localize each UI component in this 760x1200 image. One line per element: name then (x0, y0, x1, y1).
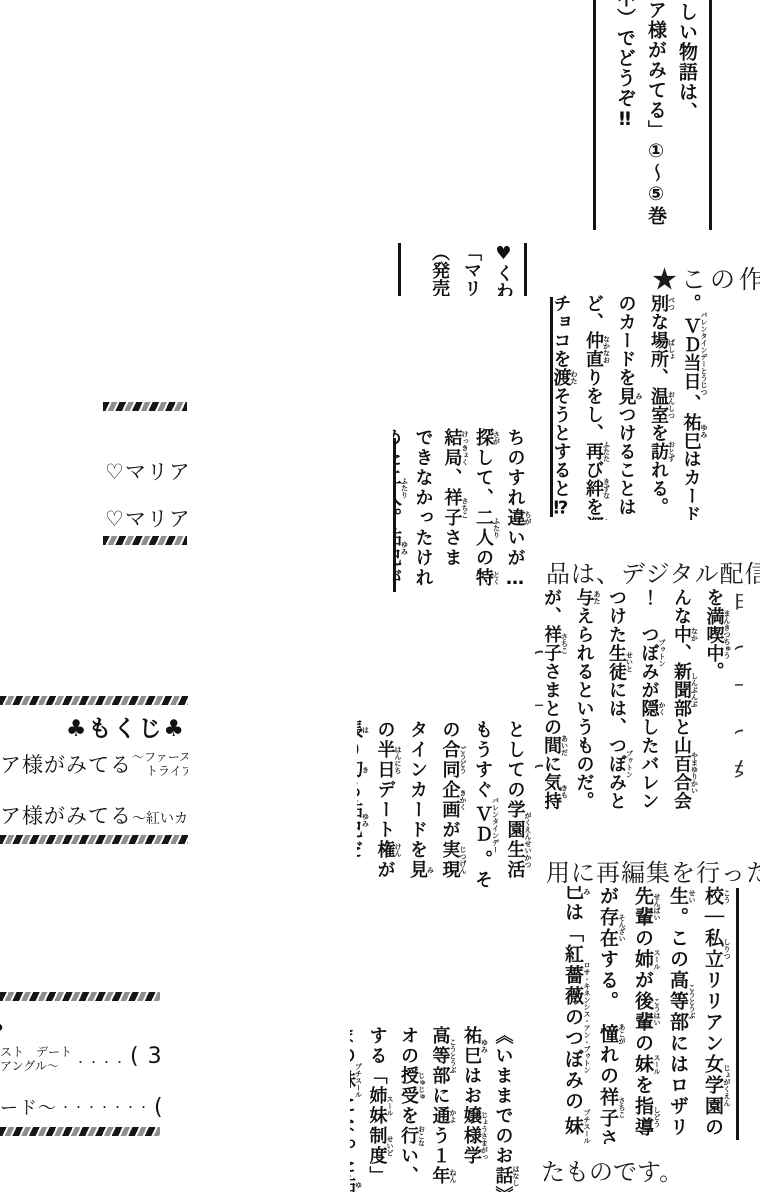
text-column: 校こう｜私立しりつリリアン女学園じょがくえんの (696, 886, 731, 1144)
leader-dots: ・・・・ (72, 1048, 130, 1070)
subtitle-line: アングル〜 (0, 1059, 59, 1073)
toc-entry-subtitle: 〜紅いカード〜 (132, 808, 188, 830)
story-text: としての学園生活がくえんせいかつもうすぐＶＤバレンタインデー。その合同ごうどう企… (357, 720, 532, 900)
toc-entry-pages: ード〜 ・・・・・・・ (153) (0, 1094, 162, 1120)
toc-entry-subtitle: ード〜 (0, 1094, 57, 1120)
decorative-chain-line (103, 402, 187, 411)
subtitle-line: スト デート (0, 1045, 72, 1059)
toc-entry: ア様がみてる 〜ファースト デート トライアングル〜 (0, 749, 188, 779)
toc-entry-subtitle: スト デート アングル〜 (0, 1044, 72, 1073)
story-text: 。ＶＤ当日バレンタインデーとうじつ、祐巳ゆみはカードを別べつな場所ばしょ、温室お… (550, 294, 708, 520)
box-border-right (709, 0, 712, 230)
text-column: 。ＶＤ当日バレンタインデーとうじつ、祐巳ゆみはカードを (676, 294, 709, 520)
text-column: しい物語は、 (671, 2, 702, 231)
story-block-c: を満喫中まんきつちゅう。んな中なか、新聞部しんぶんぶと山百合会やまゆりかい！ つ… (545, 588, 735, 810)
story-block-e: 校こう｜私立しりつリリアン女学園じょがくえんの生せい。この高等部こうとうぶにはロ… (545, 886, 739, 1144)
disclaimer-fragment-4: たものです。 (541, 1152, 683, 1187)
text-column: としての学園生活がくえんせいかつ (500, 720, 533, 900)
text-column: タインカードを見み (402, 720, 435, 900)
decorative-chain-line (0, 992, 160, 1001)
story-block-b: ちのすれ違ちがいが…探さがして、二人ふたりの特とく結局けっきょく、祥子さちこさま… (393, 428, 534, 592)
story-block-d: としての学園生活がくえんせいかつもうすぐＶＤバレンタインデー。その合同ごうどう企… (357, 720, 534, 900)
text-column: もうすぐＶＤバレンタインデー。そ (467, 720, 500, 900)
ad-box-fragment-left: ♥くわしい「マリア（発売中 (398, 243, 527, 296)
ad-box-fragment-right: しい物語は、ア様がみてる」①〜⑤巻中）でどうぞ‼ (593, 0, 712, 231)
text-column: ！ つぼみブゥトンが隠かくしたバレン (634, 588, 667, 810)
decorative-chain-line (103, 536, 187, 545)
text-column: できなかったけれ (409, 428, 438, 592)
toc-fragment-bottom: ♣ スト デート アングル〜 ・・・・ ( 3 ) ード〜 ・・・・・・・ (1… (0, 990, 162, 1138)
text-column: 巳みは「紅薔薇のつぼみロサ・キネンシス・アン・ブゥトンの妹プチスール (556, 886, 591, 1144)
decorative-chain-line (0, 696, 188, 705)
text-column: ど、仲直なかなおりをし、再ふたたび絆きずなを深ふか (578, 294, 611, 520)
story-text: を満喫中まんきつちゅう。んな中なか、新聞部しんぶんぶと山百合会やまゆりかい！ つ… (545, 588, 731, 810)
text-column: 中）でどうぞ‼ (609, 0, 640, 231)
text-column: （｜（ (535, 640, 543, 860)
disclaimer-fragment-2: 品は、デジタル配信 (546, 554, 760, 589)
text-column: 日（｜（女 (735, 592, 743, 860)
text-column: オの授受じゅじゅを行おこない、 (394, 1026, 426, 1192)
subtitle-line: トライアングル〜 (132, 764, 188, 778)
toc-entry-subtitle: 〜ファースト デート トライアングル〜 (132, 749, 188, 778)
disclaimer-fragment-3: 用に再編集を行った (546, 853, 760, 888)
toc-title: ♣もくじ♣ (66, 710, 186, 743)
decorative-chain-line (0, 835, 188, 844)
clipped-text: （｜（ (535, 640, 543, 860)
page-number: (153) (154, 1095, 162, 1120)
text-column: 探さがして、二人ふたりの特とく (469, 428, 501, 592)
text-column: ちのすれ違ちがいが… (501, 428, 533, 592)
text-column: 張はり切きる祐巳ゆみだ (357, 720, 370, 900)
text-column: する「姉妹スール制度せいど」 (363, 1026, 395, 1192)
text-column: ♥くわしい (487, 243, 519, 296)
text-column: 生せい。この高等部こうとうぶにはロザリ (661, 886, 696, 1144)
club-icon: ♣ (0, 1014, 7, 1039)
text-column: つけた生徒せいとには、つぼみブゥトンと (601, 588, 634, 810)
leader-dots: ・・・・・・・ (57, 1099, 154, 1115)
ad-box-text: しい物語は、ア様がみてる」①〜⑤巻中）でどうぞ‼ (609, 0, 702, 231)
page-number: ( 3 ) (130, 1044, 162, 1069)
text-column: の半日はんにちデート権けんが (370, 720, 403, 900)
text-column: が、祥子さちこさまとの間あいだに気持きも (545, 588, 569, 810)
text-column: が存在そんざいする。 憧あこがれの祥子さちこさ (591, 886, 626, 1144)
manga-toc-page: { "page":{"background":"#ffffff","ink":"… (0, 0, 760, 1200)
text-column: めた二人ふたり。祐巳ゆみが (393, 428, 409, 592)
toc-fragment-left: ♡マリア ♡マリア (103, 400, 187, 547)
text-column: まの妹プチスールになった祐ゆ (350, 1026, 363, 1192)
toc-entry-title: ア様がみてる (0, 800, 132, 830)
column-rule (736, 888, 739, 1140)
clipped-text: 日（｜（女 (735, 592, 743, 860)
text-column: 別べつな場所ばしょ、温室おんしつを訪おとずれる。 (643, 294, 676, 520)
story-block-f: 《いままでのお話はなし》祐巳ゆみはお嬢様学じょうさまがっ高等部こうとうぶに通かよ… (350, 1026, 522, 1192)
text-column: ア様がみてる」①〜⑤巻 (640, 0, 671, 231)
story-block-a: 。ＶＤ当日バレンタインデーとうじつ、祐巳ゆみはカードを別べつな場所ばしょ、温室お… (550, 294, 710, 520)
text-column: の合同ごうどう企画きかくが実現じつげん (435, 720, 468, 900)
ad-box-text: ♥くわしい「マリア（発売中 (423, 243, 519, 296)
text-column: 与あたえられるというものだ。 (569, 588, 602, 810)
clipped-column-sliver: 日（｜（女 (735, 592, 743, 860)
text-column: 「マリア (455, 243, 487, 296)
text-column: 《いままでのお話はなし》 (489, 1026, 521, 1192)
toc-entry-title-start: ♡マリア (105, 503, 187, 533)
box-border-left (593, 0, 596, 230)
subtitle-line: 〜ファースト デート (132, 750, 188, 764)
toc-entry: ア様がみてる 〜紅いカード〜 (0, 800, 188, 830)
text-column: を満喫中まんきつちゅう。 (699, 588, 732, 810)
text-column: んな中なか、新聞部しんぶんぶと山百合会やまゆりかい (666, 588, 699, 810)
toc-entry-title-start: ♡マリア (105, 456, 187, 486)
decorative-chain-line (0, 1127, 160, 1136)
toc-entry-title: ア様がみてる (0, 749, 132, 779)
clipped-column-sliver: （｜（ (535, 640, 543, 860)
box-border-right (524, 243, 527, 296)
text-column: 祐巳ゆみはお嬢様学じょうさまがっ (457, 1026, 489, 1192)
text-column: チョコを渡わたそうとすると⁉ (550, 294, 578, 520)
box-border-left (398, 243, 401, 296)
text-column: 高等部こうとうぶに通かよう１年ねん (426, 1026, 458, 1192)
story-text: 校こう｜私立しりつリリアン女学園じょがくえんの生せい。この高等部こうとうぶにはロ… (556, 886, 731, 1144)
story-text: 《いままでのお話はなし》祐巳ゆみはお嬢様学じょうさまがっ高等部こうとうぶに通かよ… (350, 1026, 520, 1192)
text-column: のカードを見みつけることは (611, 294, 644, 520)
text-column: 結局けっきょく、祥子さちこさま (438, 428, 470, 592)
toc-entry-pages: スト デート アングル〜 ・・・・ ( 3 ) (0, 1044, 162, 1073)
disclaimer-fragment-1: ★この作 (652, 260, 760, 296)
story-text: ちのすれ違ちがいが…探さがして、二人ふたりの特とく結局けっきょく、祥子さちこさま… (393, 428, 532, 592)
text-column: 先輩せんぱいの姉スールが後輩こうはいの妹スールを指導しどう (626, 886, 661, 1144)
toc-fragment-middle: ♣もくじ♣ ア様がみてる 〜ファースト デート トライアングル〜 ア様がみてる … (0, 694, 188, 846)
text-column: （発売中 (423, 243, 455, 296)
